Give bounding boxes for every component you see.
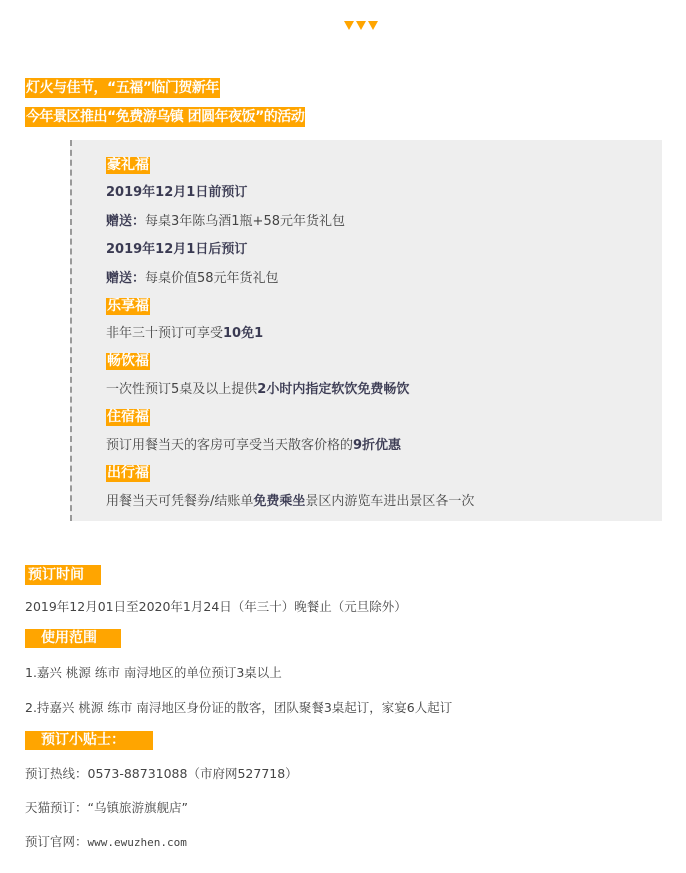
triangle-icon xyxy=(368,21,378,30)
triangle-icon xyxy=(344,21,354,30)
tips-hotline: 预订热线：0573-88731088（市府网527718） xyxy=(25,765,298,783)
scope-item-1: 1.嘉兴 桃源 练市 南浔地区的单位预订3桌以上 xyxy=(25,664,282,682)
tips-website: 预订官网：www.ewuzhen.com xyxy=(25,833,187,852)
blessing-line: 一次性预订5桌及以上提供2小时内指定软饮免费畅饮 xyxy=(106,381,409,399)
booking-time-text: 2019年12月01日至2020年1月24日（年三十）晚餐止（元旦除外） xyxy=(25,598,407,616)
booking-time-title: 预订时间 xyxy=(25,565,101,585)
website-link[interactable]: www.ewuzhen.com xyxy=(88,836,187,849)
headline-line-1: 灯火与佳节，“五福”临门贺新年 xyxy=(25,78,220,98)
blessing-line: 赠送：每桌3年陈乌酒1瓶+58元年货礼包 xyxy=(106,213,345,231)
blessing-tag: 住宿福 xyxy=(106,409,150,426)
blessing-line: 预订用餐当天的客房可享受当天散客价格的9折优惠 xyxy=(106,437,401,455)
headline-line-2: 今年景区推出“免费游乌镇 团圆年夜饭”的活动 xyxy=(25,107,305,127)
tips-tmall: 天猫预订：“乌镇旅游旗舰店” xyxy=(25,799,188,817)
blessing-tag: 豪礼福 xyxy=(106,157,150,174)
blessing-line: 用餐当天可凭餐券/结账单免费乘坐景区内游览车进出景区各一次 xyxy=(106,493,474,511)
scope-title: 使用范围 xyxy=(25,629,121,648)
triangle-icon xyxy=(356,21,366,30)
blessing-line: 赠送：每桌价值58元年货礼包 xyxy=(106,270,279,288)
blessing-tag: 乐享福 xyxy=(106,298,150,315)
tips-title: 预订小贴士： xyxy=(25,731,153,750)
blessings-panel: 豪礼福 2019年12月1日前预订 赠送：每桌3年陈乌酒1瓶+58元年货礼包 2… xyxy=(70,140,662,521)
triple-down-triangle-icon xyxy=(344,21,378,30)
blessing-tag: 出行福 xyxy=(106,465,150,482)
scope-item-2: 2.持嘉兴 桃源 练市 南浔地区身份证的散客，团队聚餐3桌起订，家宴6人起订 xyxy=(25,699,452,717)
blessing-line: 2019年12月1日前预订 xyxy=(106,184,247,202)
blessing-tag: 畅饮福 xyxy=(106,353,150,370)
blessing-line: 非年三十预订可享受10免1 xyxy=(106,325,263,343)
blessing-line: 2019年12月1日后预订 xyxy=(106,241,247,259)
